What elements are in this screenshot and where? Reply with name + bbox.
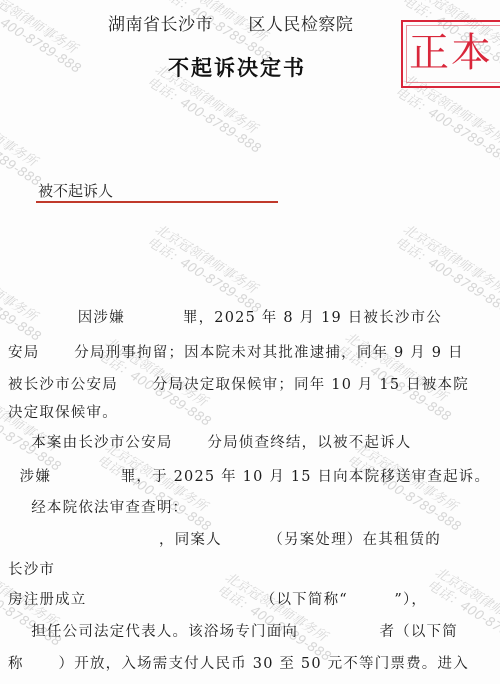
watermark: 北京冠领律师事务所 电话：400-8789-888	[0, 95, 51, 190]
body-line: 经本院依法审查查明：	[8, 496, 496, 517]
watermark: 北京冠领律师事务所 电话：400-8789-888	[424, 565, 500, 660]
watermark: 北京冠领律师事务所 电话：400-8789-888	[144, 222, 271, 317]
body-line: 长沙市	[8, 558, 496, 579]
body-line: 被长沙市公安局 分局决定取保候审；同年 10 月 15 日被本院	[8, 373, 496, 394]
body-line: 因涉嫌 罪，2025 年 8 月 19 日被长沙市公	[8, 306, 496, 327]
document-title: 不起诉决定书	[168, 52, 306, 82]
procuratorate-name: 湖南省长沙市 区人民检察院	[108, 10, 353, 35]
watermark: 北京冠领律师事务所 电话：400-8789-888	[214, 570, 341, 665]
watermark: 北京冠领律师事务所 电话：400-8789-888	[0, 0, 91, 77]
watermark: 北京冠领律师事务所 电话：400-8789-888	[0, 250, 51, 345]
watermark: 北京冠领律师事务所 电话：400-8789-888	[0, 380, 71, 475]
subject-label: 被不起诉人	[38, 180, 113, 201]
subject-underline	[36, 201, 278, 203]
body-line: 涉嫌 罪，于 2025 年 10 月 15 日向本院移送审查起诉。	[8, 465, 496, 486]
original-copy-stamp: 正本	[401, 20, 500, 88]
body-line: 称 ）开放，入场需支付人民币 30 至 50 元不等门票费。进入	[8, 652, 496, 673]
watermark: 北京冠领律师事务所 电话：400-8789-888	[94, 440, 221, 535]
body-line: ，同案人 （另案处理）在其租赁的	[8, 528, 496, 549]
document-page: 北京冠领律师事务所 电话：400-8789-888 北京冠领律师事务所 电话：4…	[0, 0, 500, 684]
body-line: 担任公司法定代表人。该浴场专门面向 者（以下简	[8, 620, 496, 641]
watermark: 北京冠领律师事务所 电话：400-8789-888	[344, 440, 471, 535]
body-line: 本案由长沙市公安局 分局侦查终结，以被不起诉人	[8, 431, 496, 452]
body-line: 决定取保候审。	[8, 401, 496, 422]
body-line: 房注册成立 （以下简称“ ”），	[8, 588, 496, 609]
watermark: 北京冠领律师事务所 电话：400-8789-888	[392, 222, 500, 317]
body-line: 安局 分局刑事拘留；因本院未对其批准逮捕，同年 9 月 9 日	[8, 341, 496, 362]
